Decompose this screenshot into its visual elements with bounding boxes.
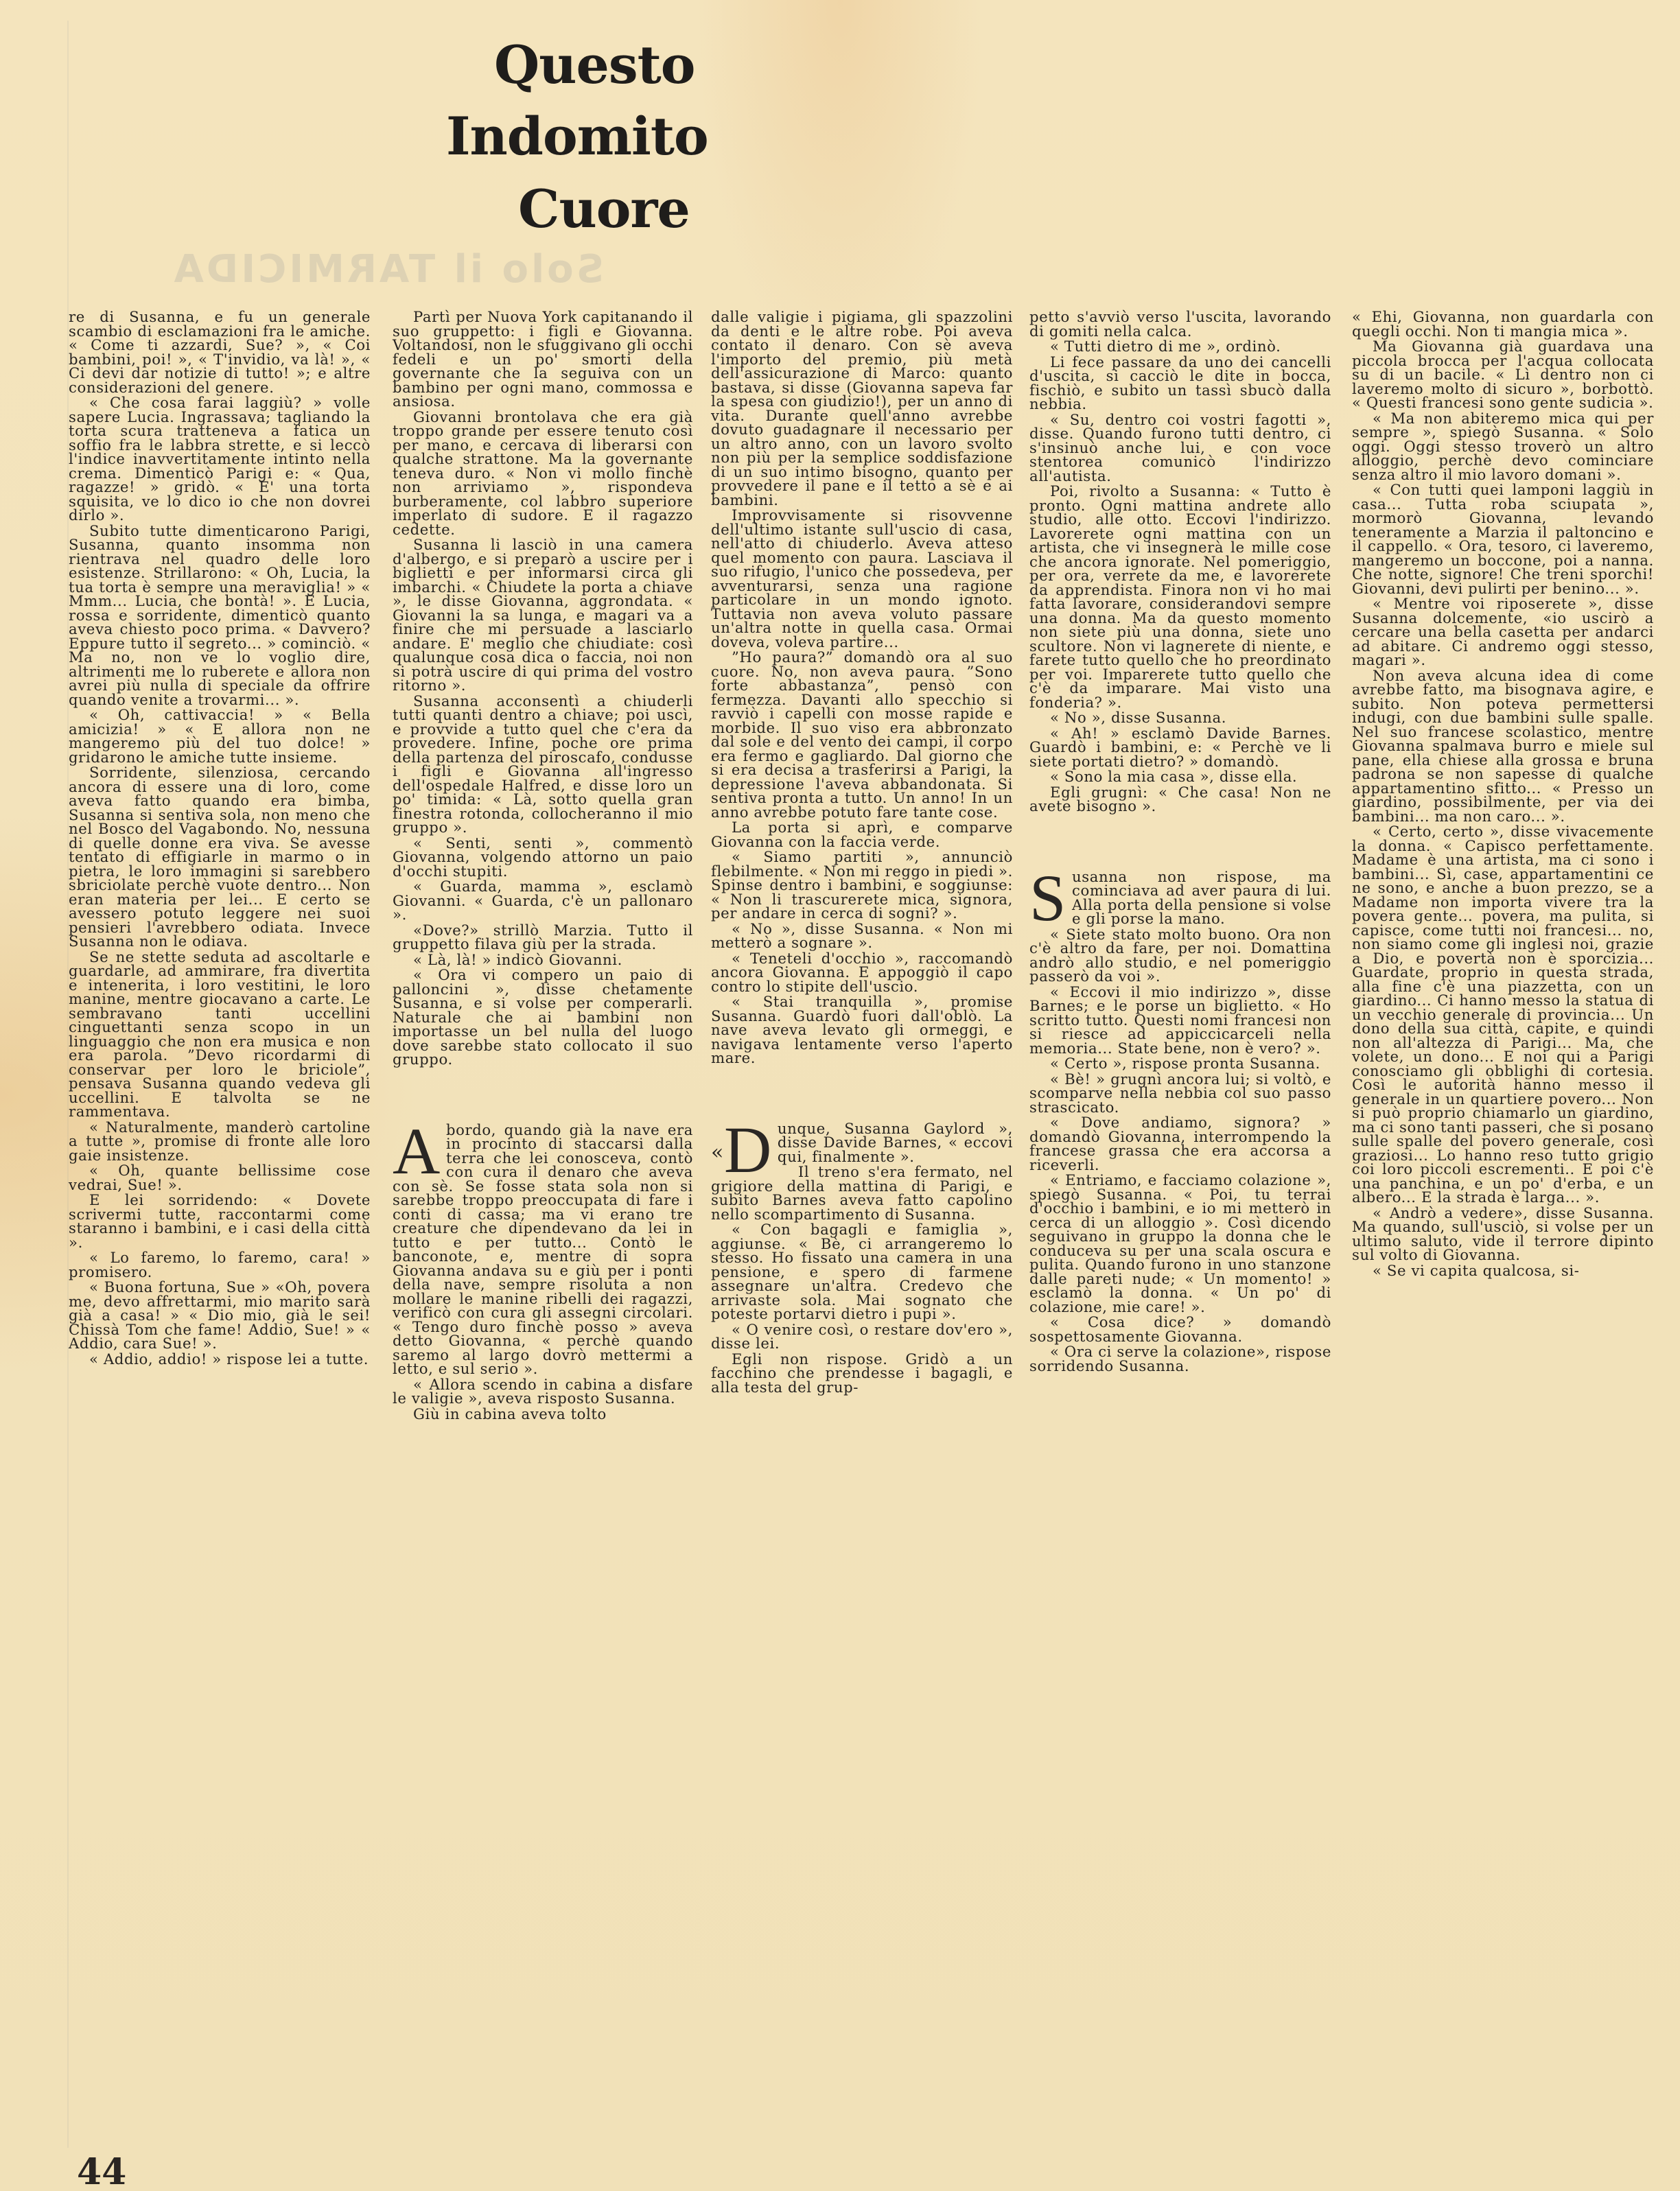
- paragraph-text: « Teneteli d'occhio », raccomandò ancora…: [711, 950, 1013, 995]
- paragraph: « Oh, cattivaccia! » « Bella amicizia! »…: [69, 708, 371, 764]
- paragraph-text: Non aveva alcuna idea di come avrebbe fa…: [1352, 667, 1654, 825]
- paragraph: « Teneteli d'occhio », raccomandò ancora…: [711, 952, 1013, 994]
- paragraph: « Eccovi il mio indirizzo », disse Barne…: [1029, 985, 1331, 1056]
- paragraph-text: Egli non rispose. Gridò a un facchino ch…: [711, 1350, 1013, 1396]
- paragraph-text: « O venire così, o restare dov'ero », di…: [711, 1321, 1013, 1352]
- paragraph-text: Egli grugnì: « Che casa! Non ne avete bi…: [1029, 784, 1331, 815]
- paragraph: « Ora vi compero un paio di palloncini »…: [393, 968, 693, 1067]
- paragraph-text: « Siamo partiti », annunciò flebilmente.…: [711, 848, 1013, 922]
- paragraph-text: « Sono la mia casa », disse ella.: [1050, 768, 1297, 785]
- paragraph: « Ma non abiteremo mica qui per sempre »…: [1352, 412, 1654, 482]
- paragraph-text: Giovanni brontolava che era già troppo g…: [393, 408, 693, 538]
- paragraph-text: «Dove?» strillò Marzia. Tutto il gruppet…: [393, 922, 693, 953]
- paragraph: « Ora ci serve la colazione», rispose so…: [1029, 1345, 1331, 1373]
- article-title: Questo Indomito Cuore: [439, 39, 714, 235]
- paragraph: « Siamo partiti », annunciò flebilmente.…: [711, 850, 1013, 921]
- paragraph-text: « Ah! » esclamò Davide Barnes. Guardò i …: [1029, 725, 1331, 770]
- paragraph: « Con tutti quei lamponi laggiù in casa.…: [1352, 483, 1654, 596]
- paragraph-text: « No », disse Susanna.: [1050, 709, 1226, 726]
- text-column-3: dalle valigie i pigiama, gli spazzolini …: [711, 310, 1013, 1396]
- paragraph: « Stai tranquilla », promise Susanna. Gu…: [711, 995, 1013, 1066]
- paragraph-text: « Ma non abiteremo mica qui per sempre »…: [1352, 410, 1654, 483]
- paragraph: « No », disse Susanna.: [1029, 711, 1331, 725]
- paragraph-text: Ma Giovanna già guardava una piccola bro…: [1352, 338, 1654, 411]
- title-line-3: Cuore: [518, 183, 714, 235]
- paragraph-text: Improvvisamente si risovvenne dell'ultim…: [711, 506, 1013, 651]
- paragraph-text: « Con bagagli e famiglia », aggiunse. « …: [711, 1221, 1013, 1322]
- text-column-4: petto s'avviò verso l'uscita, lavorando …: [1029, 310, 1331, 1374]
- text-column-5: « Ehi, Giovanna, non guardarla con quegl…: [1352, 310, 1654, 1279]
- paragraph: petto s'avviò verso l'uscita, lavorando …: [1029, 310, 1331, 338]
- paragraph: « Bè! » grugnì ancora lui; si voltò, e s…: [1029, 1073, 1331, 1115]
- paragraph: Partì per Nuova York capitanando il suo …: [393, 310, 693, 409]
- paragraph: Egli non rispose. Gridò a un facchino ch…: [711, 1352, 1013, 1395]
- paragraph-text: « Eccovi il mio indirizzo », disse Barne…: [1029, 983, 1331, 1057]
- paragraph: Susanna acconsentì a chiuderli tutti qua…: [393, 694, 693, 835]
- paragraph: ”Ho paura?” domandò ora al suo cuore. No…: [711, 651, 1013, 819]
- paragraph-text: « Ora vi compero un paio di palloncini »…: [393, 966, 693, 1068]
- paragraph: « Tutti dietro di me », ordinò.: [1029, 340, 1331, 354]
- magazine-page: Solo il TARMICIDA Questo Indomito Cuore …: [0, 0, 1680, 2191]
- bleed-through-ad-text: Solo il TARMICIDA: [110, 247, 604, 288]
- paragraph: Se ne stette seduta ad ascoltarle e guar…: [69, 950, 371, 1119]
- paragraph: « Ah! » esclamò Davide Barnes. Guardò i …: [1029, 727, 1331, 769]
- paragraph: Improvvisamente si risovvenne dell'ultim…: [711, 508, 1013, 649]
- paragraph: « O venire così, o restare dov'ero », di…: [711, 1323, 1013, 1351]
- paragraph-text: « Certo, certo », disse vivacemente la d…: [1352, 823, 1654, 1206]
- paragraph-text: E lei sorridendo: « Dovete scrivermi tut…: [69, 1191, 371, 1251]
- paragraph: « Allora scendo in cabina a disfare le v…: [393, 1378, 693, 1406]
- paragraph: Egli grugnì: « Che casa! Non ne avete bi…: [1029, 786, 1331, 814]
- paragraph-text: « Entriamo, e facciamo colazione », spie…: [1029, 1171, 1331, 1315]
- paragraph-text: Li fece passare da uno dei cancelli d'us…: [1029, 353, 1331, 413]
- paragraph: Giovanni brontolava che era già troppo g…: [393, 410, 693, 537]
- paragraph-text: « Tutti dietro di me », ordinò.: [1050, 338, 1281, 355]
- paragraph: Susanna li lasciò in una camera d'alberg…: [393, 538, 693, 693]
- paragraph-text: « Dove andiamo, signora? » domandò Giova…: [1029, 1114, 1331, 1173]
- paragraph-text: « Naturalmente, manderò cartoline a tutt…: [69, 1118, 371, 1164]
- paragraph: Subito tutte dimenticarono Parigi, Susan…: [69, 524, 371, 707]
- paragraph-text: unque, Susanna Gaylord », disse Davide B…: [778, 1120, 1013, 1165]
- paragraph-text: Se ne stette seduta ad ascoltarle e guar…: [69, 948, 371, 1121]
- paragraph-text: « Certo », rispose pronta Susanna.: [1050, 1055, 1320, 1072]
- paragraph: « Andrò a vedere», disse Susanna. Ma qua…: [1352, 1206, 1654, 1263]
- paragraph: « Su, dentro coi vostri fagotti », disse…: [1029, 413, 1331, 484]
- paragraph-text: « Che cosa farai laggiù? » volle sapere …: [69, 394, 371, 524]
- paragraph-text: Poi, rivolto a Susanna: « Tutto è pronto…: [1029, 482, 1331, 711]
- paragraph-text: « Siete stato molto buono. Ora non c'è a…: [1029, 926, 1331, 985]
- paragraph-text: « Bè! » grugnì ancora lui; si voltò, e s…: [1029, 1070, 1331, 1116]
- paragraph: « Buona fortuna, Sue » «Oh, povera me, d…: [69, 1280, 371, 1351]
- paragraph: « Naturalmente, manderò cartoline a tutt…: [69, 1121, 371, 1163]
- paragraph-text: Giù in cabina aveva tolto: [413, 1405, 607, 1422]
- paragraph-text: Susanna acconsentì a chiuderli tutti qua…: [393, 692, 693, 836]
- drop-quote-mark: «: [711, 1129, 724, 1177]
- paragraph-text: « Stai tranquilla », promise Susanna. Gu…: [711, 993, 1013, 1066]
- paragraph-text: « Buona fortuna, Sue » «Oh, povera me, d…: [69, 1278, 371, 1352]
- paragraph-text: « Ora ci serve la colazione», rispose so…: [1029, 1343, 1331, 1374]
- paragraph-text: « Oh, quante bellissime cose vedrai, Sue…: [69, 1162, 371, 1193]
- paragraph-text: dalle valigie i pigiama, gli spazzolini …: [711, 308, 1013, 508]
- paragraph-text: usanna non rispose, ma cominciava ad ave…: [1072, 868, 1331, 928]
- paragraph-text: « Là, là! » indicò Giovanni.: [413, 951, 622, 968]
- paragraph-text: « Allora scendo in cabina a disfare le v…: [393, 1376, 693, 1407]
- paragraph: E lei sorridendo: « Dovete scrivermi tut…: [69, 1193, 371, 1250]
- paragraph: « Cosa dice? » domandò sospettosamente G…: [1029, 1315, 1331, 1344]
- paragraph: « Là, là! » indicò Giovanni.: [393, 953, 693, 968]
- paragraph-text: La porta si aprì, e comparve Giovanna co…: [711, 819, 1013, 850]
- paragraph-text: « Lo faremo, lo faremo, cara! » promiser…: [69, 1249, 371, 1280]
- paragraph: Li fece passare da uno dei cancelli d'us…: [1029, 355, 1331, 412]
- drop-cap: A: [393, 1127, 441, 1175]
- paragraph: Abordo, quando già la nave era in procin…: [393, 1123, 693, 1376]
- paragraph: Poi, rivolto a Susanna: « Tutto è pronto…: [1029, 484, 1331, 710]
- paragraph-text: « Cosa dice? » domandò sospettosamente G…: [1029, 1313, 1331, 1345]
- paragraph: « Che cosa farai laggiù? » volle sapere …: [69, 396, 371, 523]
- text-column-1: re di Susanna, e fu un generale scambio …: [69, 310, 371, 1368]
- paragraph: La porta si aprì, e comparve Giovanna co…: [711, 821, 1013, 849]
- page-number: 44: [77, 2151, 126, 2191]
- paragraph-text: Sorridente, silenziosa, cercando ancora …: [69, 764, 371, 950]
- paragraph: « Con bagagli e famiglia », aggiunse. « …: [711, 1223, 1013, 1322]
- paragraph: dalle valigie i pigiama, gli spazzolini …: [711, 310, 1013, 507]
- paragraph: Giù in cabina aveva tolto: [393, 1407, 693, 1422]
- paragraph: « Senti, senti », commentò Giovanna, vol…: [393, 836, 693, 879]
- paragraph: « Sono la mia casa », disse ella.: [1029, 770, 1331, 784]
- paragraph: « Mentre voi riposerete », disse Susanna…: [1352, 597, 1654, 668]
- paragraph-text: « Andrò a vedere», disse Susanna. Ma qua…: [1352, 1204, 1654, 1264]
- paragraph: « Certo, certo », disse vivacemente la d…: [1352, 825, 1654, 1205]
- paragraph: « Guarda, mamma », esclamò Giovanni. « G…: [393, 880, 693, 922]
- paragraph-text: re di Susanna, e fu un generale scambio …: [69, 308, 371, 396]
- paragraph-text: Subito tutte dimenticarono Parigi, Susan…: [69, 522, 371, 708]
- paragraph: Ma Giovanna già guardava una piccola bro…: [1352, 340, 1654, 410]
- paragraph: re di Susanna, e fu un generale scambio …: [69, 310, 371, 395]
- section-break: [1029, 815, 1331, 870]
- paragraph: «Dunque, Susanna Gaylord », disse Davide…: [711, 1122, 1013, 1164]
- paragraph-text: « Addio, addio! » rispose lei a tutte.: [89, 1350, 369, 1368]
- drop-cap: S: [1029, 874, 1066, 922]
- paragraph-text: « Mentre voi riposerete », disse Susanna…: [1352, 595, 1654, 668]
- paragraph: Non aveva alcuna idea di come avrebbe fa…: [1352, 669, 1654, 824]
- paragraph: Sorridente, silenziosa, cercando ancora …: [69, 766, 371, 949]
- paragraph-text: Susanna li lasciò in una camera d'alberg…: [393, 536, 693, 694]
- paragraph: « Se vi capita qualcosa, si-: [1352, 1264, 1654, 1278]
- paragraph-text: ”Ho paura?” domandò ora al suo cuore. No…: [711, 648, 1013, 821]
- text-column-2: Partì per Nuova York capitanando il suo …: [393, 310, 693, 1422]
- paragraph: « Ehi, Giovanna, non guardarla con quegl…: [1352, 310, 1654, 338]
- paragraph-text: « Oh, cattivaccia! » « Bella amicizia! »…: [69, 706, 371, 766]
- paragraph-text: « Ehi, Giovanna, non guardarla con quegl…: [1352, 308, 1654, 340]
- paragraph: « Dove andiamo, signora? » domandò Giova…: [1029, 1116, 1331, 1172]
- paragraph: « No », disse Susanna. « Non mi metterò …: [711, 922, 1013, 950]
- paragraph: « Entriamo, e facciamo colazione », spie…: [1029, 1173, 1331, 1314]
- paragraph-text: « Su, dentro coi vostri fagotti », disse…: [1029, 411, 1331, 484]
- paragraph-text: « Se vi capita qualcosa, si-: [1373, 1262, 1580, 1279]
- title-line-2: Indomito: [446, 110, 714, 163]
- paragraph: « Lo faremo, lo faremo, cara! » promiser…: [69, 1251, 371, 1279]
- paragraph: « Addio, addio! » rispose lei a tutte.: [69, 1352, 371, 1367]
- paragraph-text: « Guarda, mamma », esclamò Giovanni. « G…: [393, 878, 693, 923]
- paragraph: Susanna non rispose, ma cominciava ad av…: [1029, 870, 1331, 926]
- paragraph: « Certo », rispose pronta Susanna.: [1029, 1057, 1331, 1071]
- paragraph-text: petto s'avviò verso l'uscita, lavorando …: [1029, 308, 1331, 340]
- paragraph-text: « Senti, senti », commentò Giovanna, vol…: [393, 834, 693, 880]
- paragraph: «Dove?» strillò Marzia. Tutto il gruppet…: [393, 924, 693, 952]
- paragraph-text: « No », disse Susanna. « Non mi metterò …: [711, 920, 1013, 952]
- paragraph: « Siete stato molto buono. Ora non c'è a…: [1029, 928, 1331, 984]
- paragraph: « Oh, quante bellissime cose vedrai, Sue…: [69, 1164, 371, 1192]
- paragraph-text: Partì per Nuova York capitanando il suo …: [393, 308, 693, 410]
- paragraph-text: « Con tutti quei lamponi laggiù in casa.…: [1352, 481, 1654, 597]
- title-line-1: Questo: [494, 39, 714, 91]
- drop-cap: D: [724, 1126, 772, 1174]
